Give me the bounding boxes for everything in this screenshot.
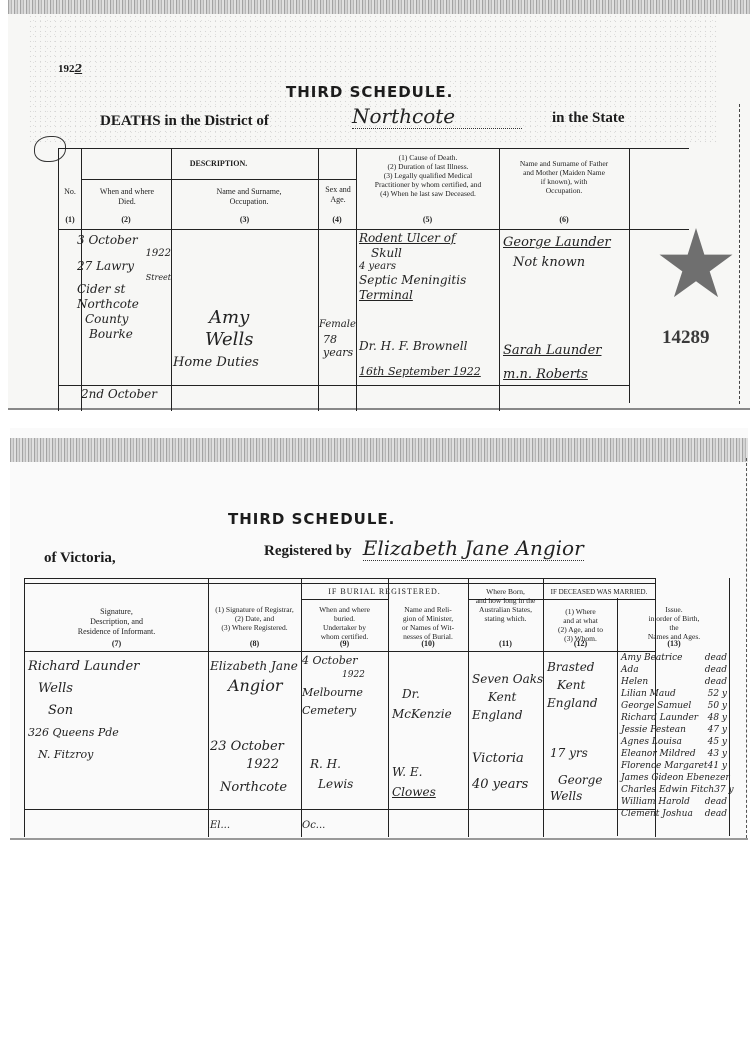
header-col13-num: (13)	[618, 639, 730, 648]
entry-last-seen: 16th September 1922	[359, 365, 481, 378]
header-col8-num: (8)	[208, 639, 301, 648]
header-col11-num: (11)	[468, 639, 543, 648]
header-registrar: (1) Signature of Registrar, (2) Date, an…	[208, 605, 301, 632]
top-certificate-sheet: 1922 THIRD SCHEDULE. DEATHS in the Distr…	[8, 0, 750, 410]
header-col9-num: (9)	[301, 639, 388, 648]
issue-item: Agnes Louisa45 y	[621, 736, 727, 748]
entry-registration-place: Northcote	[220, 780, 287, 795]
entry-married-where: Brasted Kent England	[547, 658, 598, 712]
header-informant: Signature, Description, and Residence of…	[25, 607, 208, 637]
entry-mother: Sarah Launder m.n. Roberts	[503, 339, 601, 387]
issue-item: Clement Joshuadead	[621, 808, 727, 820]
header-married-group: IF DECEASED WAS MARRIED.	[543, 587, 655, 597]
bottom-scan-grain	[10, 438, 748, 462]
right-edge-rule	[746, 458, 747, 838]
header-col10-num: (10)	[388, 639, 468, 648]
entry-registrar-signature: Elizabeth Jane Angior	[210, 656, 298, 696]
issue-item: Eleanor Mildred43 y	[621, 748, 727, 760]
header-col7-num: (7)	[25, 639, 208, 648]
district-line: DEATHS in the District of Northcote in t…	[100, 110, 700, 136]
header-description: DESCRIPTION.	[81, 159, 356, 169]
header-col4-num: (4)	[318, 215, 356, 224]
entry-registration-date: 23 October 1922	[210, 738, 284, 774]
entry-undertaker: R. H. Lewis	[310, 754, 353, 794]
entry-sex: Female	[319, 319, 356, 330]
issue-item: James Gideon Ebenezer	[621, 772, 727, 784]
issue-item: Adadead	[621, 664, 727, 676]
entry-witnesses: W. E. Clowes	[392, 762, 436, 802]
issue-item: Charles Edwin Fitch37 y	[621, 784, 727, 796]
issue-right-border	[729, 578, 730, 836]
entry-name: Amy Wells	[209, 307, 253, 351]
entry-occupation: Home Duties	[173, 355, 259, 370]
issue-item: George Samuel50 y	[621, 700, 727, 712]
entry-burial-place: Melbourne Cemetery	[302, 684, 363, 720]
header-issue: Issue. in order of Birth, the Names and …	[618, 605, 730, 641]
registrar-name: Elizabeth Jane Angior	[363, 536, 584, 561]
entry-minister: Dr. McKenzie	[392, 684, 452, 724]
header-where-born: Where Born, and how long in the Australi…	[468, 587, 543, 623]
issue-item: William Harolddead	[621, 796, 727, 808]
entry-married-to: George Wells	[550, 772, 602, 804]
schedule-title-top: THIRD SCHEDULE.	[286, 83, 453, 101]
year-label: 1922	[58, 62, 82, 75]
state-label: in the State	[552, 110, 625, 127]
header-no: No.	[59, 187, 81, 197]
issue-item: Jessie Pestean47 y	[621, 724, 727, 736]
entry-when-where: 3 October 1922 27 Lawry Street Cider st …	[77, 233, 171, 342]
header-when-where: When and where Died.	[93, 187, 161, 207]
entry-father: George Launder Not known	[503, 233, 611, 273]
header-col3-num: (3)	[171, 215, 318, 224]
header-cause-of-death: (1) Cause of Death. (2) Duration of last…	[358, 153, 498, 198]
header-name-occupation: Name and Surname, Occupation.	[199, 187, 299, 207]
entry-age: 78 years	[323, 333, 353, 359]
header-col12-num: (12)	[543, 639, 618, 648]
header-col5-num: (5)	[356, 215, 499, 224]
issue-list: Amy Beatricedead Adadead Helendead Lilia…	[621, 652, 727, 820]
of-victoria-label: of Victoria,	[44, 550, 116, 567]
deaths-table-top: DESCRIPTION. No. (1) When and where Died…	[58, 148, 689, 411]
bottom-certificate-sheet: THIRD SCHEDULE. of Victoria, Registered …	[10, 428, 748, 840]
registered-by-label: Registered by	[264, 543, 352, 559]
entry-birthplace: Seven Oaks Kent England	[472, 670, 543, 724]
header-col1-num: (1)	[59, 215, 81, 224]
entry-cause-of-death: Rodent Ulcer of Skull 4 years Septic Men…	[359, 231, 499, 303]
header-minister: Name and Reli- gion of Minister, or Name…	[388, 605, 468, 641]
next-entry-partial-8: El...	[210, 820, 230, 831]
entry-burial-date: 4 October 1922	[302, 654, 365, 682]
registration-number: 14289	[662, 327, 710, 349]
entry-informant: Richard Launder Wells Son 326 Queens Pde…	[28, 656, 208, 766]
entry-married-age: 17 yrs	[550, 746, 588, 760]
header-burial-when-where: When and where buried. Undertaker by who…	[301, 605, 388, 641]
issue-item: Lilian Maud52 y	[621, 688, 727, 700]
header-col6-num: (6)	[499, 215, 629, 224]
district-value: Northcote	[352, 104, 522, 129]
header-parents: Name and Surname of Father and Mother (M…	[501, 159, 627, 195]
issue-item: Amy Beatricedead	[621, 652, 727, 664]
issue-item: Helendead	[621, 676, 727, 688]
entry-practitioner: Dr. H. F. Brownell	[359, 339, 467, 353]
deaths-label: DEATHS in the District of	[100, 113, 269, 129]
schedule-title-bottom: THIRD SCHEDULE.	[228, 510, 395, 528]
col12-13-divider	[617, 598, 618, 836]
issue-item: Florence Margaret41 y	[621, 760, 727, 772]
header-sex-age: Sex and Age.	[325, 185, 351, 205]
header-married-where: (1) Where and at what (2) Age, and to (3…	[543, 607, 618, 643]
next-entry-partial-9: Oc...	[302, 820, 325, 831]
issue-item: Richard Launder48 y	[621, 712, 727, 724]
header-burial-group: IF BURIAL REGISTERED.	[301, 587, 468, 597]
right-margin-rule	[739, 104, 740, 404]
registered-by-line: Registered by Elizabeth Jane Angior	[264, 536, 664, 560]
header-col2-num: (2)	[81, 215, 171, 224]
top-scan-grain	[8, 0, 750, 14]
next-entry-partial: 2nd October	[81, 387, 157, 401]
entry-years-in-australia: Victoria 40 years	[472, 746, 528, 798]
